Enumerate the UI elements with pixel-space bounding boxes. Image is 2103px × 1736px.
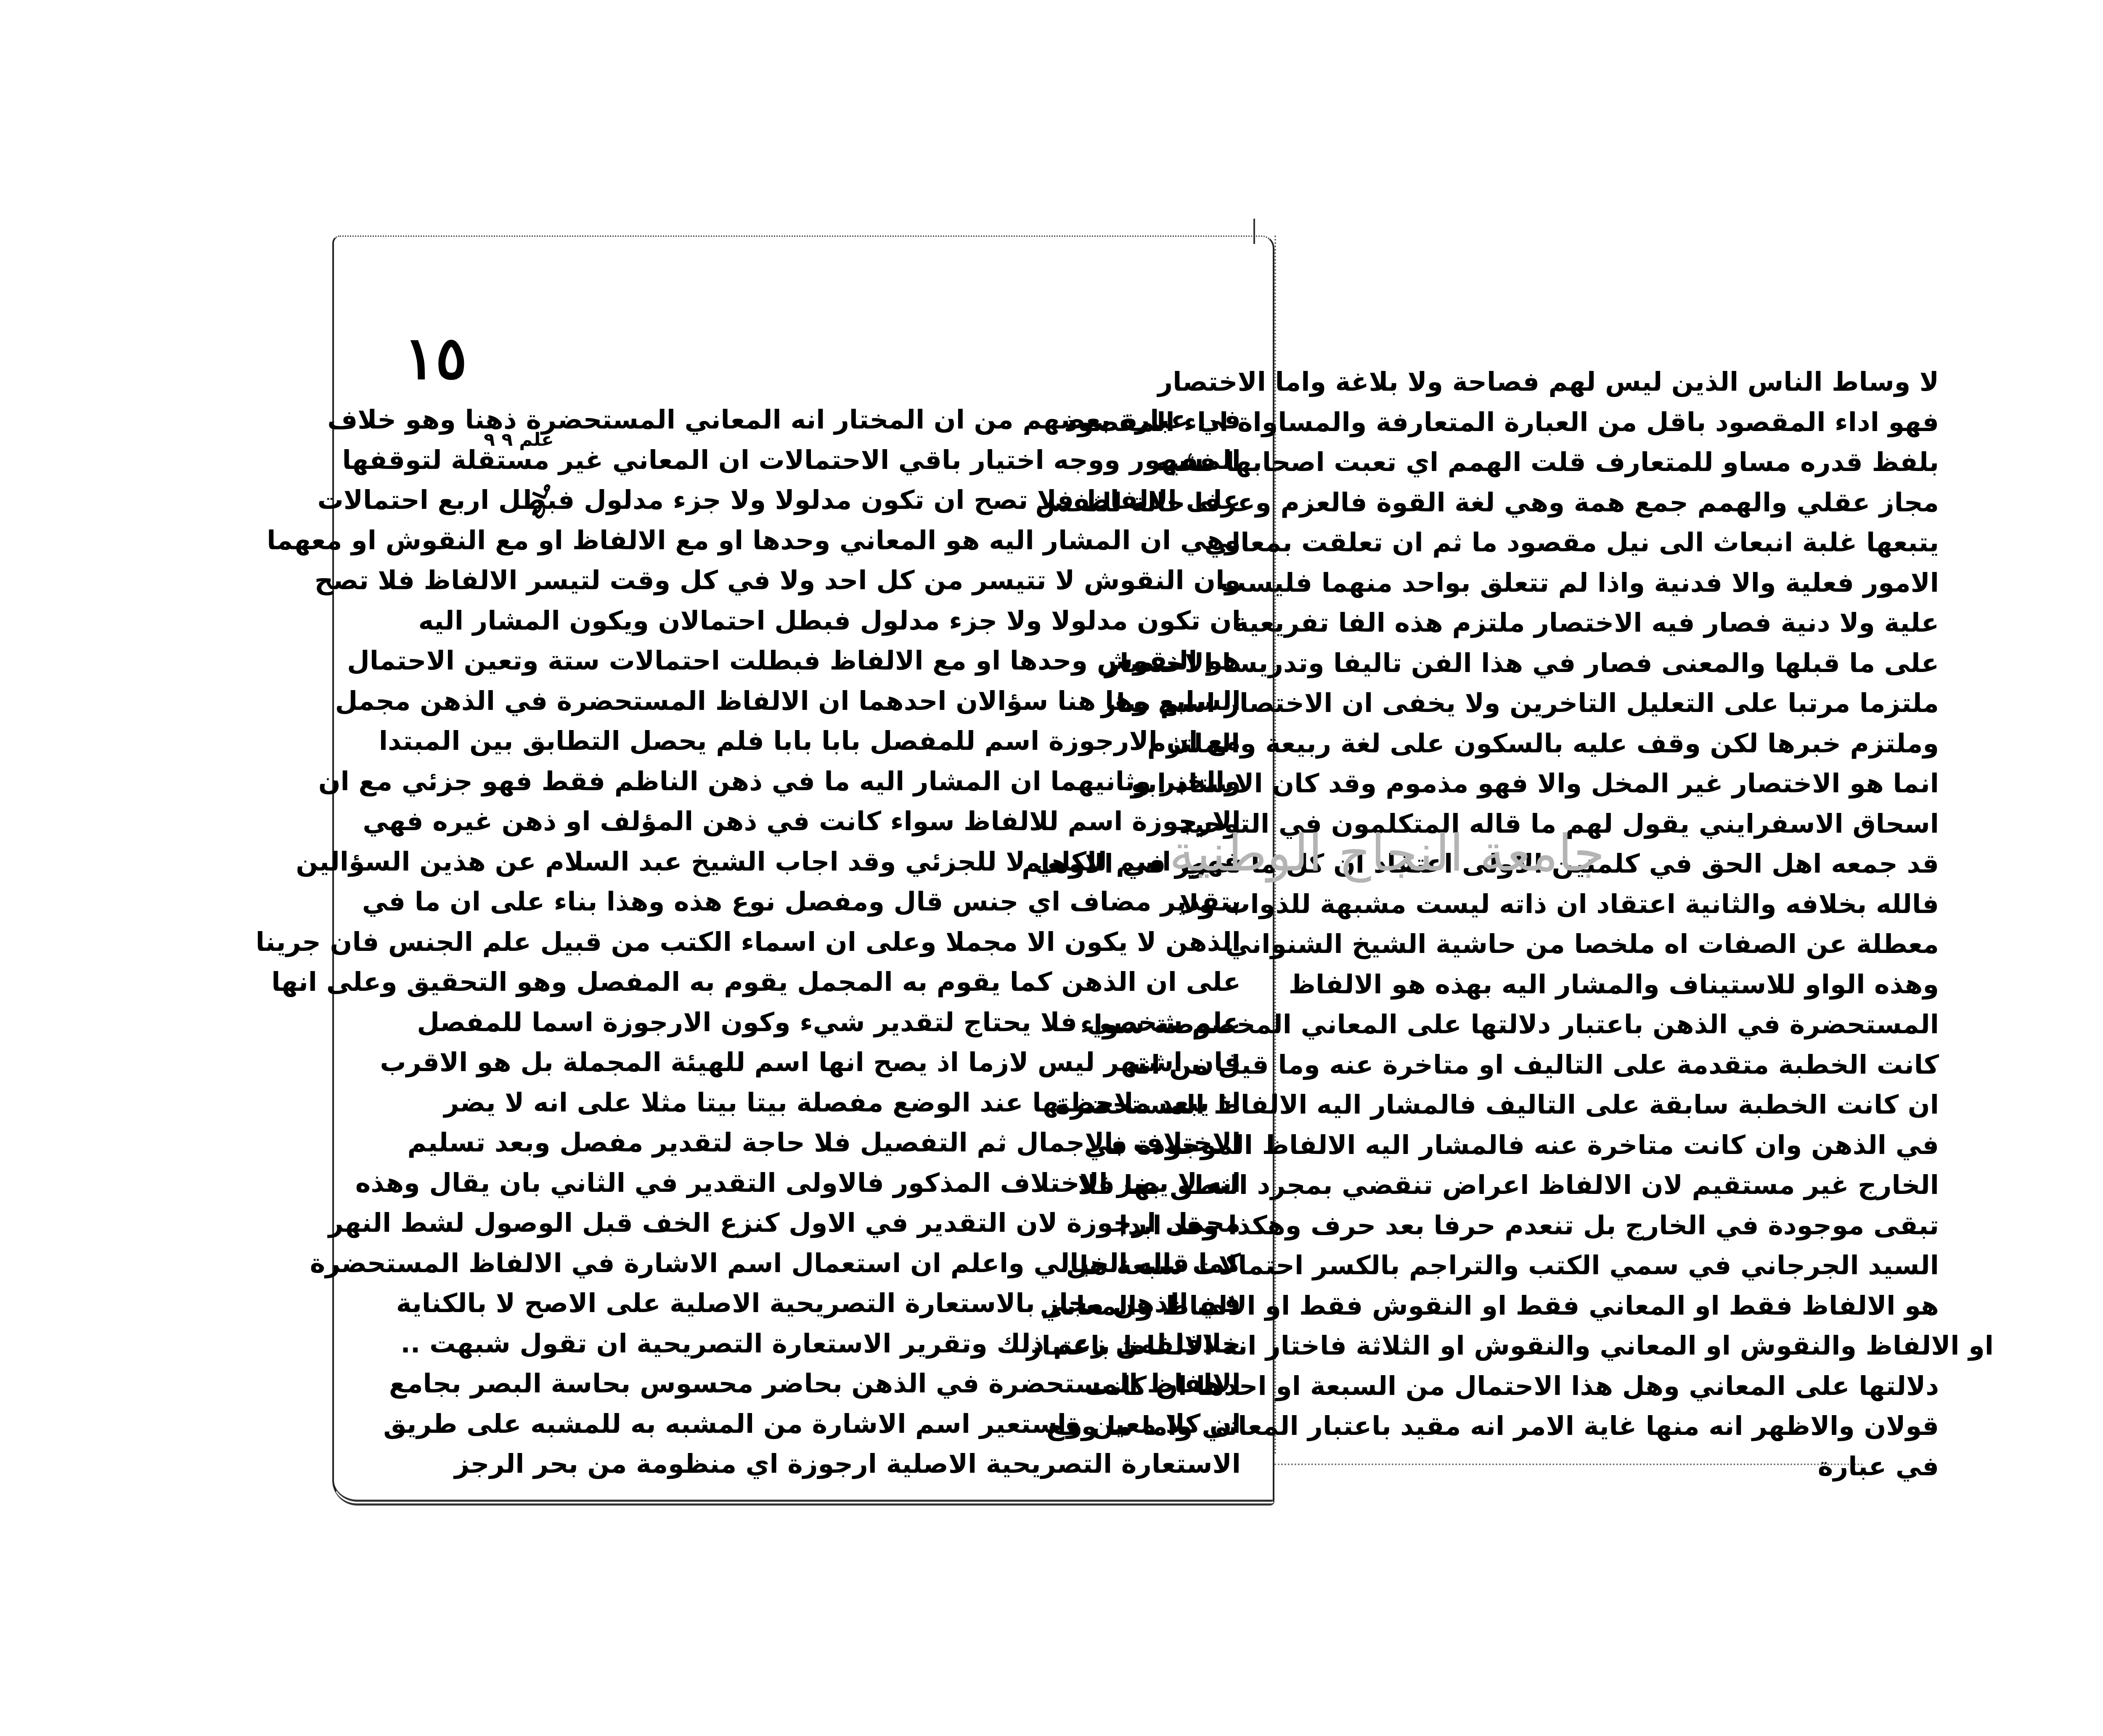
- text-line: دلالتها على المعاني وهل هذا الاحتمال من …: [1338, 1366, 1939, 1406]
- text-line: ملتزما مرتبا على التعليل التاخرين ولا يخ…: [1338, 683, 1939, 723]
- text-line: السيد الجرجاني في سمي الكتب والتراجم بال…: [1338, 1245, 1939, 1286]
- text-line: لا وساط الناس الذين ليس لهم فصاحة ولا بل…: [1338, 362, 1939, 402]
- text-line: الامور فعلية والا فدنية واذا لم تتعلق بو…: [1338, 563, 1939, 603]
- text-line: وهذه الواو للاستيناف والمشار اليه بهذه ه…: [1338, 964, 1939, 1005]
- text-line: فهو اداء المقصود باقل من العبارة المتعار…: [1338, 402, 1939, 442]
- text-line: في الذهن وان كانت متاخرة عنه فالمشار الي…: [1338, 1125, 1939, 1165]
- text-line: الذهن لا يكون الا مجملا وعلى ان اسماء ال…: [576, 922, 1241, 962]
- text-line: وملتزم خبرها لكن وقف عليه بالسكون على لغ…: [1338, 723, 1939, 764]
- text-line: وان النقوش لا تتيسر من كل احد ولا في كل …: [576, 560, 1241, 601]
- text-line: كانت الخطبة متقدمة على التاليف او متاخرة…: [1338, 1045, 1939, 1085]
- text-line: ان كانت الخطبة سابقة على التاليف فالمشار…: [1338, 1085, 1939, 1125]
- spine-mark: [1253, 219, 1255, 244]
- right-page-text: لا وساط الناس الذين ليس لهم فصاحة ولا بل…: [1338, 362, 1939, 1486]
- text-line: انما هو الاختصار غير المخل والا فهو مذمو…: [1338, 763, 1939, 804]
- text-line: علية ولا دنية فصار فيه الاختصار ملتزم هذ…: [1338, 603, 1939, 643]
- text-line: او الالفاظ والنقوش او المعاني والنقوش او…: [1338, 1326, 1994, 1366]
- text-line: بتقدير مضاف اي جنس قال ومفصل نوع هذه وهذ…: [576, 881, 1241, 922]
- text-line: على ما قبلها والمعنى فصار في هذا الفن تا…: [1338, 643, 1939, 683]
- text-line: اسحاق الاسفرايني يقول لهم ما قاله المتكل…: [1338, 804, 1939, 844]
- text-line: الارجوزة اسم للالفاظ سواء كانت في ذهن ال…: [576, 801, 1241, 842]
- text-line: في عبارة: [1338, 1446, 1939, 1487]
- text-line: مجاز عقلي والهمم جمع همة وهي لغة القوة ف…: [1338, 482, 1939, 523]
- text-line: ان تكون مدلولا ولا جزء مدلول فبطل احتمال…: [576, 601, 1241, 641]
- text-line: الخارج غير مستقيم لان الالفاظ اعراض تنقض…: [1338, 1165, 1939, 1205]
- text-line: المستحضرة في الذهن باعتبار دلالتها على ا…: [1338, 1004, 1939, 1045]
- text-line: قولان والاظهر انه منها غاية الامر انه مق…: [1338, 1406, 1939, 1446]
- text-line: المشهور ووجه اختيار باقي الاحتمالات ان ا…: [576, 440, 1241, 480]
- text-line: مع ان الارجوزة اسم للمفصل بابا بابا فلم …: [576, 721, 1241, 761]
- text-line: الاستعارة التصريحية الاصلية ارجوزة اي من…: [576, 1444, 1241, 1484]
- folio-number: ١٥: [404, 324, 467, 393]
- text-line: فالله بخلافه والثانية اعتقاد ان ذاته ليس…: [1338, 884, 1939, 924]
- text-line: يتبعها غلبة انبعاث الى نيل مقصود ما ثم ا…: [1338, 522, 1939, 563]
- text-line: تبقى موجودة في الخارج بل تنعدم حرفا بعد …: [1338, 1205, 1939, 1246]
- text-line: بلفظ قدره مساو للمتعارف قلت الهمم اي تعب…: [1338, 442, 1939, 482]
- text-line: هو الالفاظ فقط او المعاني فقط او النقوش …: [1338, 1286, 1939, 1326]
- text-line: قد جمعه اهل الحق في كلمتين الاولى اعتقاد…: [1338, 844, 1939, 884]
- text-line: وهي ان المشار اليه هو المعاني وحدها او م…: [576, 520, 1241, 561]
- text-line: على ان الذهن كما يقوم به المجمل يقوم به …: [576, 962, 1241, 1002]
- text-line: معطلة عن الصفات اه ملخصا من حاشية الشيخ …: [1338, 924, 1939, 964]
